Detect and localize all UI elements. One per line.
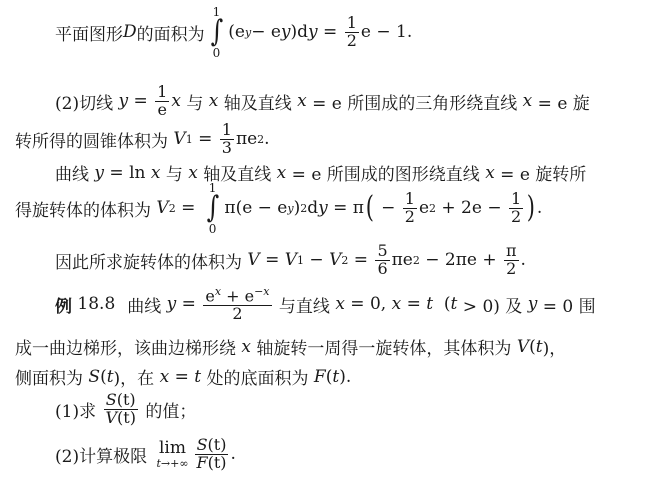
var: y — [528, 294, 538, 314]
var: V — [173, 129, 185, 149]
text: > 0) 及 — [457, 292, 527, 317]
text: + e — [221, 286, 254, 305]
text: 的值； — [140, 397, 196, 422]
text: = — [401, 294, 426, 314]
var: V — [105, 408, 117, 427]
var: V — [247, 250, 259, 270]
text: . — [521, 250, 526, 270]
integral: 1 ∫ 0 — [209, 6, 225, 59]
var-d: D — [123, 22, 137, 42]
exponent: 2 — [413, 254, 420, 267]
example-text-line: 侧面积为 S(t)，在 x = t 处的底面积为 F(t). — [15, 364, 351, 389]
text: 成一曲边梯形，该曲边梯形绕 — [15, 334, 241, 359]
area-statement: 平面图形 D 的面积为 1 ∫ 0 (ey − ey)dy = 1 2 e − … — [55, 6, 412, 59]
text: )d — [291, 22, 309, 42]
text: )， — [543, 334, 567, 359]
text: 平面图形 — [55, 20, 123, 45]
text: = — [169, 367, 194, 387]
text: = π — [328, 198, 364, 218]
text: π(e − e — [224, 198, 287, 218]
text: d — [307, 198, 318, 218]
fraction: π 2 — [504, 243, 519, 278]
var: x — [277, 163, 287, 183]
equals: = — [318, 22, 343, 42]
text: 轴及直线 — [218, 89, 297, 114]
text: e — [205, 286, 214, 305]
denominator: V(t) — [103, 410, 137, 427]
var: y — [118, 91, 128, 111]
text: = 0 围 — [537, 292, 595, 317]
text: (1)求 — [55, 397, 101, 422]
text: − e — [251, 22, 281, 42]
text: − — [376, 198, 401, 218]
var: x — [160, 367, 170, 387]
fraction: S(t) F(t) — [195, 437, 229, 472]
denominator: 6 — [375, 261, 389, 278]
var: V — [285, 250, 297, 270]
paren: ) — [527, 193, 535, 223]
text: (t) — [208, 435, 227, 454]
text: (t) — [117, 408, 136, 427]
denominator: 2 — [504, 261, 518, 278]
text: (2)切线 — [55, 89, 118, 114]
text: . — [264, 129, 269, 149]
var: y — [308, 22, 318, 42]
example-number: 18.8 — [72, 294, 115, 314]
equals: = — [176, 198, 201, 218]
equals: = — [176, 294, 201, 314]
var: t — [332, 367, 339, 387]
denominator: F(t) — [195, 455, 229, 472]
exponent: −x — [254, 285, 269, 298]
var: S — [88, 367, 100, 387]
tangent-statement: (2)切线 y = 1 e x 与 x 轴及直线 x = e 所围成的三角形绕直… — [55, 84, 590, 119]
var: x — [188, 163, 198, 183]
fraction: 1 3 — [220, 122, 234, 157]
fraction: 5 6 — [375, 243, 389, 278]
var: x — [151, 163, 161, 183]
var: t — [536, 337, 543, 357]
text: . — [231, 444, 236, 464]
integral-sign-icon: ∫ — [206, 194, 219, 223]
text: = 0, — [345, 294, 392, 314]
var: t — [451, 294, 458, 314]
var: V — [156, 198, 168, 218]
equals: = — [128, 91, 153, 111]
denominator: e — [156, 102, 169, 119]
var: x — [297, 91, 307, 111]
question-2: (2)计算极限 lim t→+∞ S(t) F(t) . — [55, 437, 236, 472]
var: y — [94, 163, 104, 183]
var: x — [209, 91, 219, 111]
example-text-line: 成一曲边梯形，该曲边梯形绕 x 轴旋转一周得一旋转体，其体积为 V(t)， — [15, 334, 566, 359]
paren: ( — [366, 193, 374, 223]
fraction: 1 e — [155, 84, 169, 119]
text: = e 旋 — [532, 89, 590, 114]
final-volume-statement: 因此所求旋转体的体积为 V = V1 − V2 = 5 6 πe2 − 2πe … — [55, 243, 526, 278]
denominator: 2 — [230, 306, 244, 323]
var: x — [485, 163, 495, 183]
var: S — [106, 390, 117, 409]
var: x — [241, 337, 251, 357]
subscript: 2 — [341, 254, 348, 267]
text: (t) — [117, 390, 136, 409]
var: t — [107, 367, 114, 387]
text: − — [304, 250, 329, 270]
text: ( — [529, 337, 536, 357]
text: ( — [433, 294, 450, 314]
text: ( — [326, 367, 333, 387]
equals: = — [260, 250, 285, 270]
text: πe — [392, 250, 413, 270]
var: x — [171, 91, 181, 111]
exponent: 2 — [257, 133, 264, 146]
text: ). — [339, 367, 351, 387]
text: 处的底面积为 — [201, 364, 314, 389]
text: 轴旋转一周得一旋转体，其体积为 — [251, 334, 517, 359]
text: 与直线 — [274, 292, 336, 317]
var: S — [197, 435, 208, 454]
cone-volume-statement: 转所得的圆锥体积为 V1 = 1 3 πe2. — [15, 122, 270, 157]
text: = e 所围成的三角形绕直线 — [307, 89, 523, 114]
text: πe — [236, 129, 257, 149]
var: y — [281, 22, 291, 42]
rotation-volume-statement: 得旋转体的体积为 V2 = 1 ∫ 0 π(e − ey)2dy = π ( −… — [15, 182, 542, 235]
fraction: 1 2 — [345, 15, 359, 50]
subscript: 1 — [186, 133, 193, 146]
fraction: 1 2 — [403, 191, 417, 226]
var: y — [318, 198, 328, 218]
equals: = — [193, 129, 218, 149]
var: t — [426, 294, 433, 314]
integral: 1 ∫ 0 — [205, 182, 221, 235]
denominator: 3 — [220, 140, 234, 157]
exponent: 2 — [429, 202, 436, 215]
text: 得旋转体的体积为 — [15, 196, 156, 221]
example-heading: 例 18.8 曲线 y = ex + e−x 2 与直线 x = 0, x = … — [55, 286, 596, 323]
text: = ln — [104, 163, 151, 183]
text: )，在 — [114, 364, 160, 389]
text: 的面积为 — [137, 20, 205, 45]
text: 因此所求旋转体的体积为 — [55, 248, 247, 273]
var: x — [335, 294, 345, 314]
text: 转所得的圆锥体积为 — [15, 127, 173, 152]
var: t — [194, 367, 201, 387]
var: V — [329, 250, 341, 270]
denominator: 2 — [345, 33, 359, 50]
text: e — [419, 198, 429, 218]
var: F — [197, 453, 208, 472]
integral-sign-icon: ∫ — [210, 18, 223, 47]
text: 曲线 — [127, 292, 166, 317]
text: (e — [228, 22, 245, 42]
fraction: S(t) V(t) — [103, 392, 137, 427]
var: F — [314, 367, 326, 387]
text: . — [537, 198, 542, 218]
text: ) — [294, 198, 301, 218]
text: + 2e − — [436, 198, 507, 218]
var: x — [523, 91, 533, 111]
var: y — [167, 294, 177, 314]
text: − 2πe + — [420, 250, 502, 270]
limit-operator: lim t→+∞ — [156, 439, 188, 470]
var: V — [517, 337, 529, 357]
subscript: 2 — [169, 202, 176, 215]
denominator: 2 — [403, 209, 417, 226]
question-1: (1)求 S(t) V(t) 的值； — [55, 392, 196, 427]
text: (t) — [208, 453, 227, 472]
lim: lim — [159, 439, 186, 458]
subscript: 1 — [297, 254, 304, 267]
fraction: ex + e−x 2 — [203, 286, 271, 323]
fraction: 1 2 — [509, 191, 523, 226]
text: (2)计算极限 — [55, 442, 152, 467]
example-label: 例 — [55, 292, 72, 317]
exponent: 2 — [300, 202, 307, 215]
text: 侧面积为 — [15, 364, 88, 389]
text: ( — [100, 367, 107, 387]
text: e − 1. — [361, 22, 412, 42]
numerator: ex + e−x — [203, 286, 271, 306]
text: 与 — [181, 89, 209, 114]
var: x — [392, 294, 402, 314]
equals: = — [348, 250, 373, 270]
limit-subscript: t→+∞ — [156, 458, 188, 470]
denominator: 2 — [509, 209, 523, 226]
